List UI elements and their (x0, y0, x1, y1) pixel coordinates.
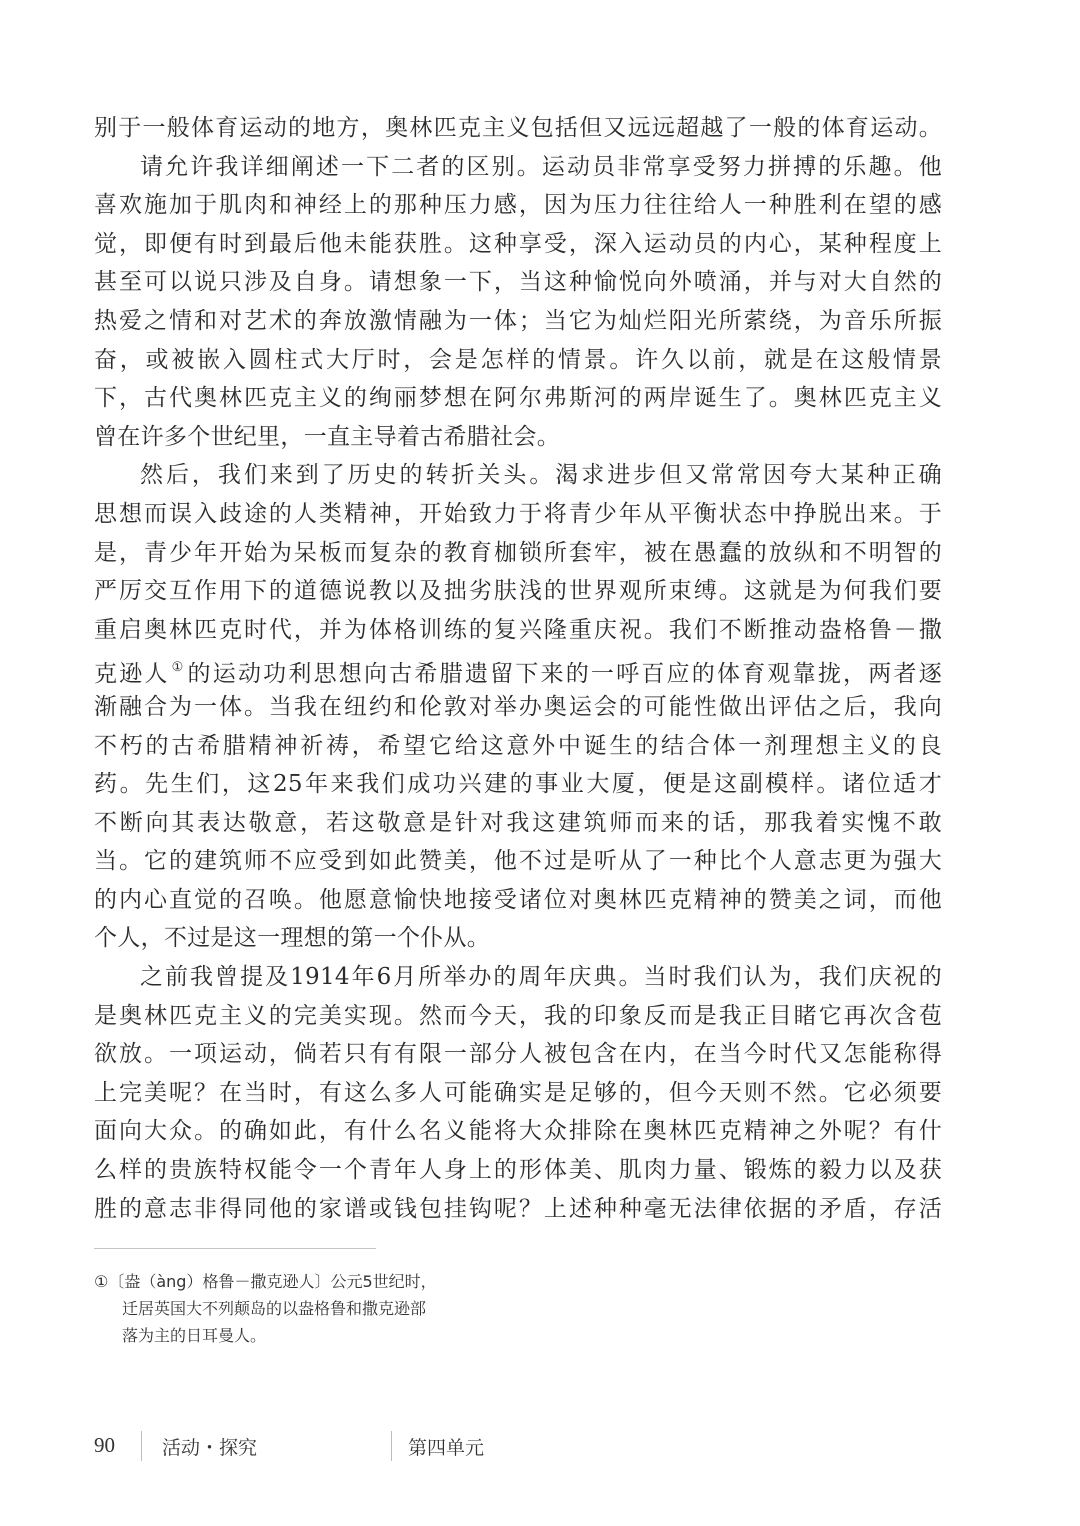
text-line: 然后，我们来到了历史的转折关头。渴求进步但又常常因夸大某种正确 (94, 456, 942, 495)
text-line: 严厉交互作用下的道德说教以及拙劣肤浅的世界观所束缚。这就是为何我们要 (94, 572, 942, 611)
footnote-marker[interactable]: ① (172, 660, 186, 675)
section-label: 活动・探究 (162, 1433, 257, 1460)
footnote-divider (94, 1248, 376, 1249)
text-line: 欲放。一项运动，倘若只有有限一部分人被包含在内，在当今时代又怎能称得 (94, 1035, 942, 1074)
text-line: 当。它的建筑师不应受到如此赞美，他不过是听从了一种比个人意志更为强大 (94, 842, 942, 881)
text-line: 面向大众。的确如此，有什么名义能将大众排除在奥林匹克精神之外呢？有什 (94, 1112, 942, 1151)
text-line: 么样的贵族特权能令一个青年人身上的形体美、肌肉力量、锻炼的毅力以及获 (94, 1151, 942, 1190)
text-line: 是奥林匹克主义的完美实现。然而今天，我的印象反而是我正目睹它再次含苞 (94, 997, 942, 1036)
text-line: 甚至可以说只涉及自身。请想象一下，当这种愉悦向外喷涌，并与对大自然的 (94, 263, 942, 302)
text-line: 不断向其表达敬意，若这敬意是针对我这建筑师而来的话，那我着实愧不敢 (94, 804, 942, 843)
text-line: 渐融合为一体。当我在纽约和伦敦对举办奥运会的可能性做出评估之后，我向 (94, 688, 942, 727)
text-line: 别于一般体育运动的地方，奥林匹克主义包括但又远远超越了一般的体育运动。 (94, 109, 942, 148)
text-line: 之前我曾提及1914年6月所举办的周年庆典。当时我们认为，我们庆祝的 (94, 958, 942, 997)
footer-divider (391, 1431, 392, 1461)
text-line: 的内心直觉的召唤。他愿意愉快地接受诸位对奥林匹克精神的赞美之词，而他 (94, 881, 942, 920)
page-footer: 90 活动・探究 第四单元 (0, 1433, 1080, 1463)
unit-label: 第四单元 (408, 1433, 484, 1460)
footnote-line: ①〔盎（àng）格鲁－撒克逊人〕公元5世纪时， (94, 1268, 437, 1295)
text-line: 是，青少年开始为呆板而复杂的教育枷锁所套牢，被在愚蠢的放纵和不明智的 (94, 534, 942, 573)
text-line: 喜欢施加于肌肉和神经上的那种压力感，因为压力往往给人一种胜利在望的感 (94, 186, 942, 225)
text-line: 药。先生们，这25年来我们成功兴建的事业大厦，便是这副模样。诸位适才 (94, 765, 942, 804)
footnote: ①〔盎（àng）格鲁－撒克逊人〕公元5世纪时， 迁居英国大不列颠岛的以盎格鲁和撒… (94, 1268, 437, 1349)
textbook-page: 别于一般体育运动的地方，奥林匹克主义包括但又远远超越了一般的体育运动。 请允许我… (0, 0, 1080, 1526)
text-line: 觉，即便有时到最后他未能获胜。这种享受，深入运动员的内心，某种程度上 (94, 225, 942, 264)
text-line: 个人，不过是这一理想的第一个仆从。 (94, 919, 942, 958)
footer-divider (141, 1431, 142, 1461)
text-line: 重启奥林匹克时代，并为体格训练的复兴隆重庆祝。我们不断推动盎格鲁－撒 (94, 611, 942, 650)
page-number: 90 (94, 1433, 115, 1458)
text-line: 热爱之情和对艺术的奔放激情融为一体；当它为灿烂阳光所萦绕，为音乐所振 (94, 302, 942, 341)
text-line: 请允许我详细阐述一下二者的区别。运动员非常享受努力拼搏的乐趣。他 (94, 148, 942, 187)
text-line: 上完美呢？在当时，有这么多人可能确实是足够的，但今天则不然。它必须要 (94, 1074, 942, 1113)
text-line-with-footnote: 克逊人①的运动功利思想向古希腊遗留下来的一呼百应的体育观靠拢，两者逐 (94, 649, 942, 688)
text-line: 胜的意志非得同他的家谱或钱包挂钩呢？上述种种毫无法律依据的矛盾，存活 (94, 1190, 942, 1229)
footnote-line: 迁居英国大不列颠岛的以盎格鲁和撒克逊部 (94, 1295, 437, 1322)
text-line: 不朽的古希腊精神祈祷，希望它给这意外中诞生的结合体一剂理想主义的良 (94, 727, 942, 766)
text-line: 下，古代奥林匹克主义的绚丽梦想在阿尔弗斯河的两岸诞生了。奥林匹克主义 (94, 379, 942, 418)
text-line: 思想而误入歧途的人类精神，开始致力于将青少年从平衡状态中挣脱出来。于 (94, 495, 942, 534)
text-line-rest: 的运动功利思想向古希腊遗留下来的一呼百应的体育观靠拢，两者逐 (188, 661, 942, 687)
text-line: 曾在许多个世纪里，一直主导着古希腊社会。 (94, 418, 942, 457)
text-line: 奋，或被嵌入圆柱式大厅时，会是怎样的情景。许久以前，就是在这般情景 (94, 341, 942, 380)
footnote-anchor-text: 克逊人 (94, 661, 170, 687)
footnote-line: 落为主的日耳曼人。 (94, 1322, 437, 1349)
body-text: 别于一般体育运动的地方，奥林匹克主义包括但又远远超越了一般的体育运动。 请允许我… (94, 109, 942, 1228)
